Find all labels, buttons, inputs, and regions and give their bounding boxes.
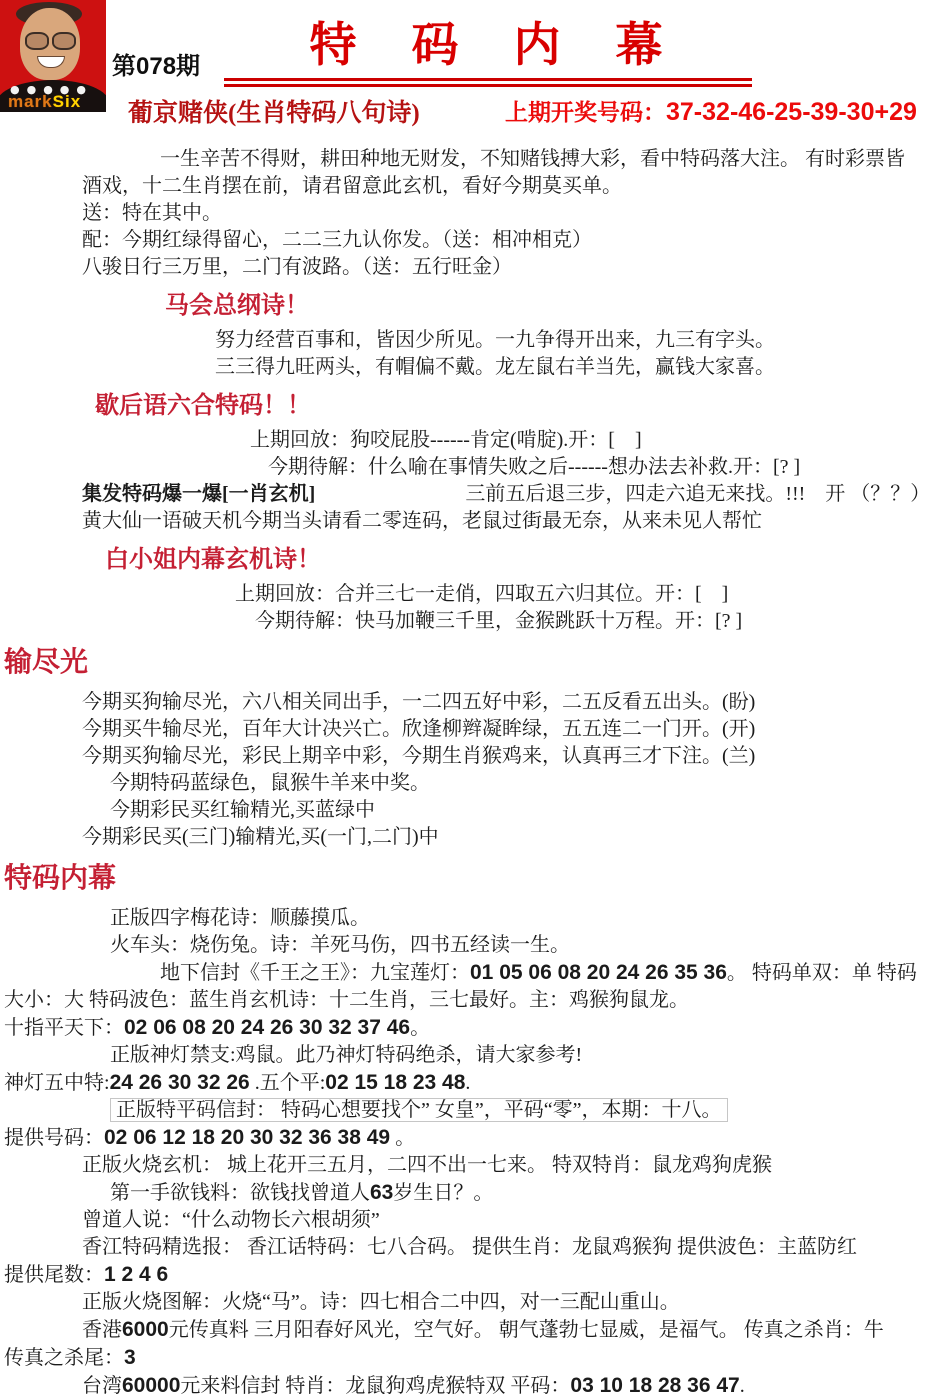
- temaneimu-line: 火车头：烧伤兔。诗：羊死马伤，四书五经读一生。: [0, 932, 949, 959]
- section-heading-shujinguang: 输尽光: [0, 645, 949, 681]
- tw-mid: 元来料信封 特肖：龙鼠狗鸡虎猴特双 平码：: [180, 1375, 570, 1395]
- last-draw: 上期开奖号码：37-32-46-25-39-30+29: [505, 94, 917, 127]
- marksix-logo: ●●●●● markSix: [0, 0, 106, 112]
- baixiaojie-line: 上期回放：合并三七一走俏，四取五六归其位。开：[ ]: [0, 581, 949, 608]
- shizhi-numbers: 02 06 08 20 24 26 30 32 37 46: [124, 1016, 410, 1039]
- jifa-riddle: 三前五后退三步，四走六追无来找。!!! 开 （？？）: [465, 483, 930, 505]
- shujinguang-line: 今期彩民买红输精光,买蓝绿中: [0, 797, 949, 824]
- envelope-tail: 。 特码单双：单 特码: [727, 962, 917, 984]
- temaneimu-line: 正版火烧图解：火烧“马”。诗：四七相合二中四，对一三配山重山。: [0, 1289, 949, 1316]
- mahui-poem-line: 努力经营百事和，皆因少所见。一九争得开出来，九三有字头。: [0, 327, 949, 354]
- temaneimu-line: 正版特平码信封： 特码心想要找个” 女皇”，平码“零”，本期：十八。: [0, 1097, 949, 1124]
- intro-line: 八骏日行三万里，二门有波路。（送：五行旺金）: [0, 254, 949, 281]
- glasses-left-icon: [25, 32, 49, 50]
- envelope-numbers: 01 05 06 08 20 24 26 35 36: [470, 961, 727, 984]
- temaneimu-line: 曾道人说：“什么动物长六根胡须”: [0, 1207, 949, 1234]
- xiehouyu-line: 今期待解：什么喻在事情失败之后------想办法去补救.开：[? ]: [0, 454, 949, 481]
- xiehouyu-line: 上期回放：狗咬屁股------肯定(啃腚).开：[ ]: [0, 427, 949, 454]
- tw-amount: 60000: [122, 1374, 180, 1395]
- shendeng-mid: .五个平:: [250, 1072, 326, 1094]
- temaneimu-line: 传真之杀尾：3: [0, 1344, 949, 1372]
- temaneimu-line: 香港6000元传真料 三月阳春好风光，空气好。 朝气蓬勃七显威，是福气。 传真之…: [0, 1316, 949, 1344]
- temaneimu-line: 正版火烧玄机： 城上花开三五月，二四不出一七来。 特双特肖：鼠龙鸡狗虎猴: [0, 1152, 949, 1179]
- smile-icon: [37, 56, 65, 68]
- temaneimu-line: 提供号码：02 06 12 18 20 30 32 36 38 49 。: [0, 1124, 949, 1152]
- lottery-flyer-page: ●●●●● markSix 第078期 特 码 内 幕 葡京赌侠(生肖特码八句诗…: [0, 0, 949, 1395]
- section-heading-temaneimu: 特码内幕: [0, 861, 949, 897]
- tw-tail: .: [740, 1375, 745, 1395]
- temaneimu-line: 香江特码精选报： 香江话特码：七八合码。 提供生肖：龙鼠鸡猴狗 提供波色：主蓝防…: [0, 1234, 949, 1261]
- hk-amount: 6000: [122, 1318, 169, 1341]
- xiehouyu-line: 集发特码爆一爆[一肖玄机]三前五后退三步，四走六追无来找。!!! 开 （？？）: [0, 481, 949, 508]
- hk-tail: 元传真料 三月阳春好风光，空气好。 朝气蓬勃七显威，是福气。 传真之杀肖：牛: [169, 1319, 884, 1341]
- section-heading-baixiaojie: 白小姐内幕玄机诗！: [0, 545, 949, 575]
- intro-line: 配：今期红绿得留心，二二三九认你发。（送：相冲相克）: [0, 227, 949, 254]
- shujinguang-line: 今期买牛输尽光，百年大计决兴亡。欣逢柳辫凝眸绿，五五连二一门开。(开): [0, 716, 949, 743]
- body-content: 一生辛苦不得财，耕田种地无财发，不知赌钱搏大彩，看中特码落大注。 有时彩票皆 酒…: [0, 146, 949, 1395]
- brand-six-text: Six: [53, 92, 82, 111]
- yuqian-age: 63: [370, 1181, 393, 1204]
- yuqian-label: 第一手欲钱料：欲钱找曾道人: [110, 1182, 370, 1204]
- weishu-label: 提供尾数：: [4, 1264, 104, 1286]
- tigonghaoma-numbers: 02 06 12 18 20 30 32 36 38 49: [104, 1126, 390, 1149]
- issue-number: 第078期: [112, 46, 200, 81]
- shendeng-numbers: 24 26 30 32 26: [110, 1071, 250, 1094]
- temaneimu-line: 大小：大 特码波色：蓝生肖玄机诗：十二生肖，三七最好。主：鸡猴狗鼠龙。: [0, 987, 949, 1014]
- temaneimu-line: 正版神灯禁支:鸡鼠。此乃神灯特码绝杀，请大家参考!: [0, 1042, 949, 1069]
- subtitle-poem-name: 葡京赌侠(生肖特码八句诗): [128, 93, 420, 129]
- temaneimu-line: 第一手欲钱料：欲钱找曾道人63岁生日？。: [0, 1179, 949, 1207]
- tigonghaoma-tail: 。: [390, 1127, 415, 1149]
- mahui-poem-line: 三三得九旺两头，有帽偏不戴。龙左鼠右羊当先，赢钱大家喜。: [0, 354, 949, 381]
- shawei-number: 3: [124, 1346, 136, 1369]
- brand-mark-text: mark: [8, 92, 53, 111]
- temaneimu-line: 地下信封《千王之王》：九宝莲灯：01 05 06 08 20 24 26 35 …: [0, 959, 949, 987]
- jifa-label: 集发特码爆一爆[一肖玄机]: [82, 483, 315, 505]
- baixiaojie-line: 今期待解：快马加鞭三千里，金猴跳跃十万程。开：[? ]: [0, 608, 949, 635]
- tw-label: 台湾: [82, 1375, 122, 1395]
- photo-face: [20, 8, 80, 80]
- shendeng-label: 神灯五中特:: [4, 1072, 110, 1094]
- page-title: 特 码 内 幕: [224, 8, 752, 87]
- tigonghaoma-label: 提供号码：: [4, 1127, 104, 1149]
- envelope-label: 地下信封《千王之王》：九宝莲灯：: [160, 962, 470, 984]
- shizhi-label: 十指平天下：: [4, 1017, 124, 1039]
- shujinguang-line: 今期特码蓝绿色，鼠猴牛羊来中奖。: [0, 770, 949, 797]
- temaneimu-line: 正版四字梅花诗：顺藤摸瓜。: [0, 905, 949, 932]
- section-heading-xiehouyu: 歇后语六合特码！！: [0, 391, 949, 421]
- shendeng-ping-numbers: 02 15 18 23 48: [325, 1071, 465, 1094]
- shizhi-tail: 。: [410, 1017, 430, 1039]
- shujinguang-line: 今期买狗输尽光，六八相关同出手，一二四五好中彩，二五反看五出头。(盼): [0, 689, 949, 716]
- header: ●●●●● markSix 第078期 特 码 内 幕 葡京赌侠(生肖特码八句诗…: [0, 0, 949, 146]
- shujinguang-line: 今期买狗输尽光，彩民上期辛中彩，今期生肖猴鸡来，认真再三才下注。(兰): [0, 743, 949, 770]
- weishu-numbers: 1 2 4 6: [104, 1263, 168, 1286]
- tw-pingma-numbers: 03 10 18 28 36 47: [570, 1374, 739, 1395]
- shujinguang-line: 今期彩民买(三门)输精光,买(一门,二门)中: [0, 824, 949, 851]
- intro-line: 一生辛苦不得财，耕田种地无财发，不知赌钱搏大彩，看中特码落大注。 有时彩票皆: [0, 146, 949, 173]
- temaneimu-line: 十指平天下：02 06 08 20 24 26 30 32 37 46。: [0, 1014, 949, 1042]
- temaneimu-line: 台湾60000元来料信封 特肖：龙鼠狗鸡虎猴特双 平码：03 10 18 28 …: [0, 1372, 949, 1395]
- intro-line: 酒戏，十二生肖摆在前，请君留意此玄机，看好今期莫买单。: [0, 173, 949, 200]
- shawei-label: 传真之杀尾：: [4, 1347, 124, 1369]
- logo-brand: markSix: [8, 92, 81, 112]
- yuqian-tail: 岁生日？。: [393, 1182, 493, 1204]
- last-draw-numbers: 37-32-46-25-39-30+29: [666, 98, 917, 126]
- tepingma-envelope: 正版特平码信封： 特码心想要找个” 女皇”，平码“零”，本期：十八。: [110, 1098, 728, 1122]
- last-draw-label: 上期开奖号码：: [505, 100, 666, 125]
- section-heading-mahui: 马会总纲诗！: [0, 291, 949, 321]
- intro-line: 送：特在其中。: [0, 200, 949, 227]
- glasses-right-icon: [52, 32, 76, 50]
- shendeng-tail: .: [465, 1072, 470, 1094]
- hk-label: 香港: [82, 1319, 122, 1341]
- temaneimu-line: 提供尾数：1 2 4 6: [0, 1261, 949, 1289]
- xiehouyu-line: 黄大仙一语破天机今期当头请看二零连码，老鼠过街最无奈，从来未见人帮忙: [0, 508, 949, 535]
- temaneimu-line: 神灯五中特:24 26 30 32 26 .五个平:02 15 18 23 48…: [0, 1069, 949, 1097]
